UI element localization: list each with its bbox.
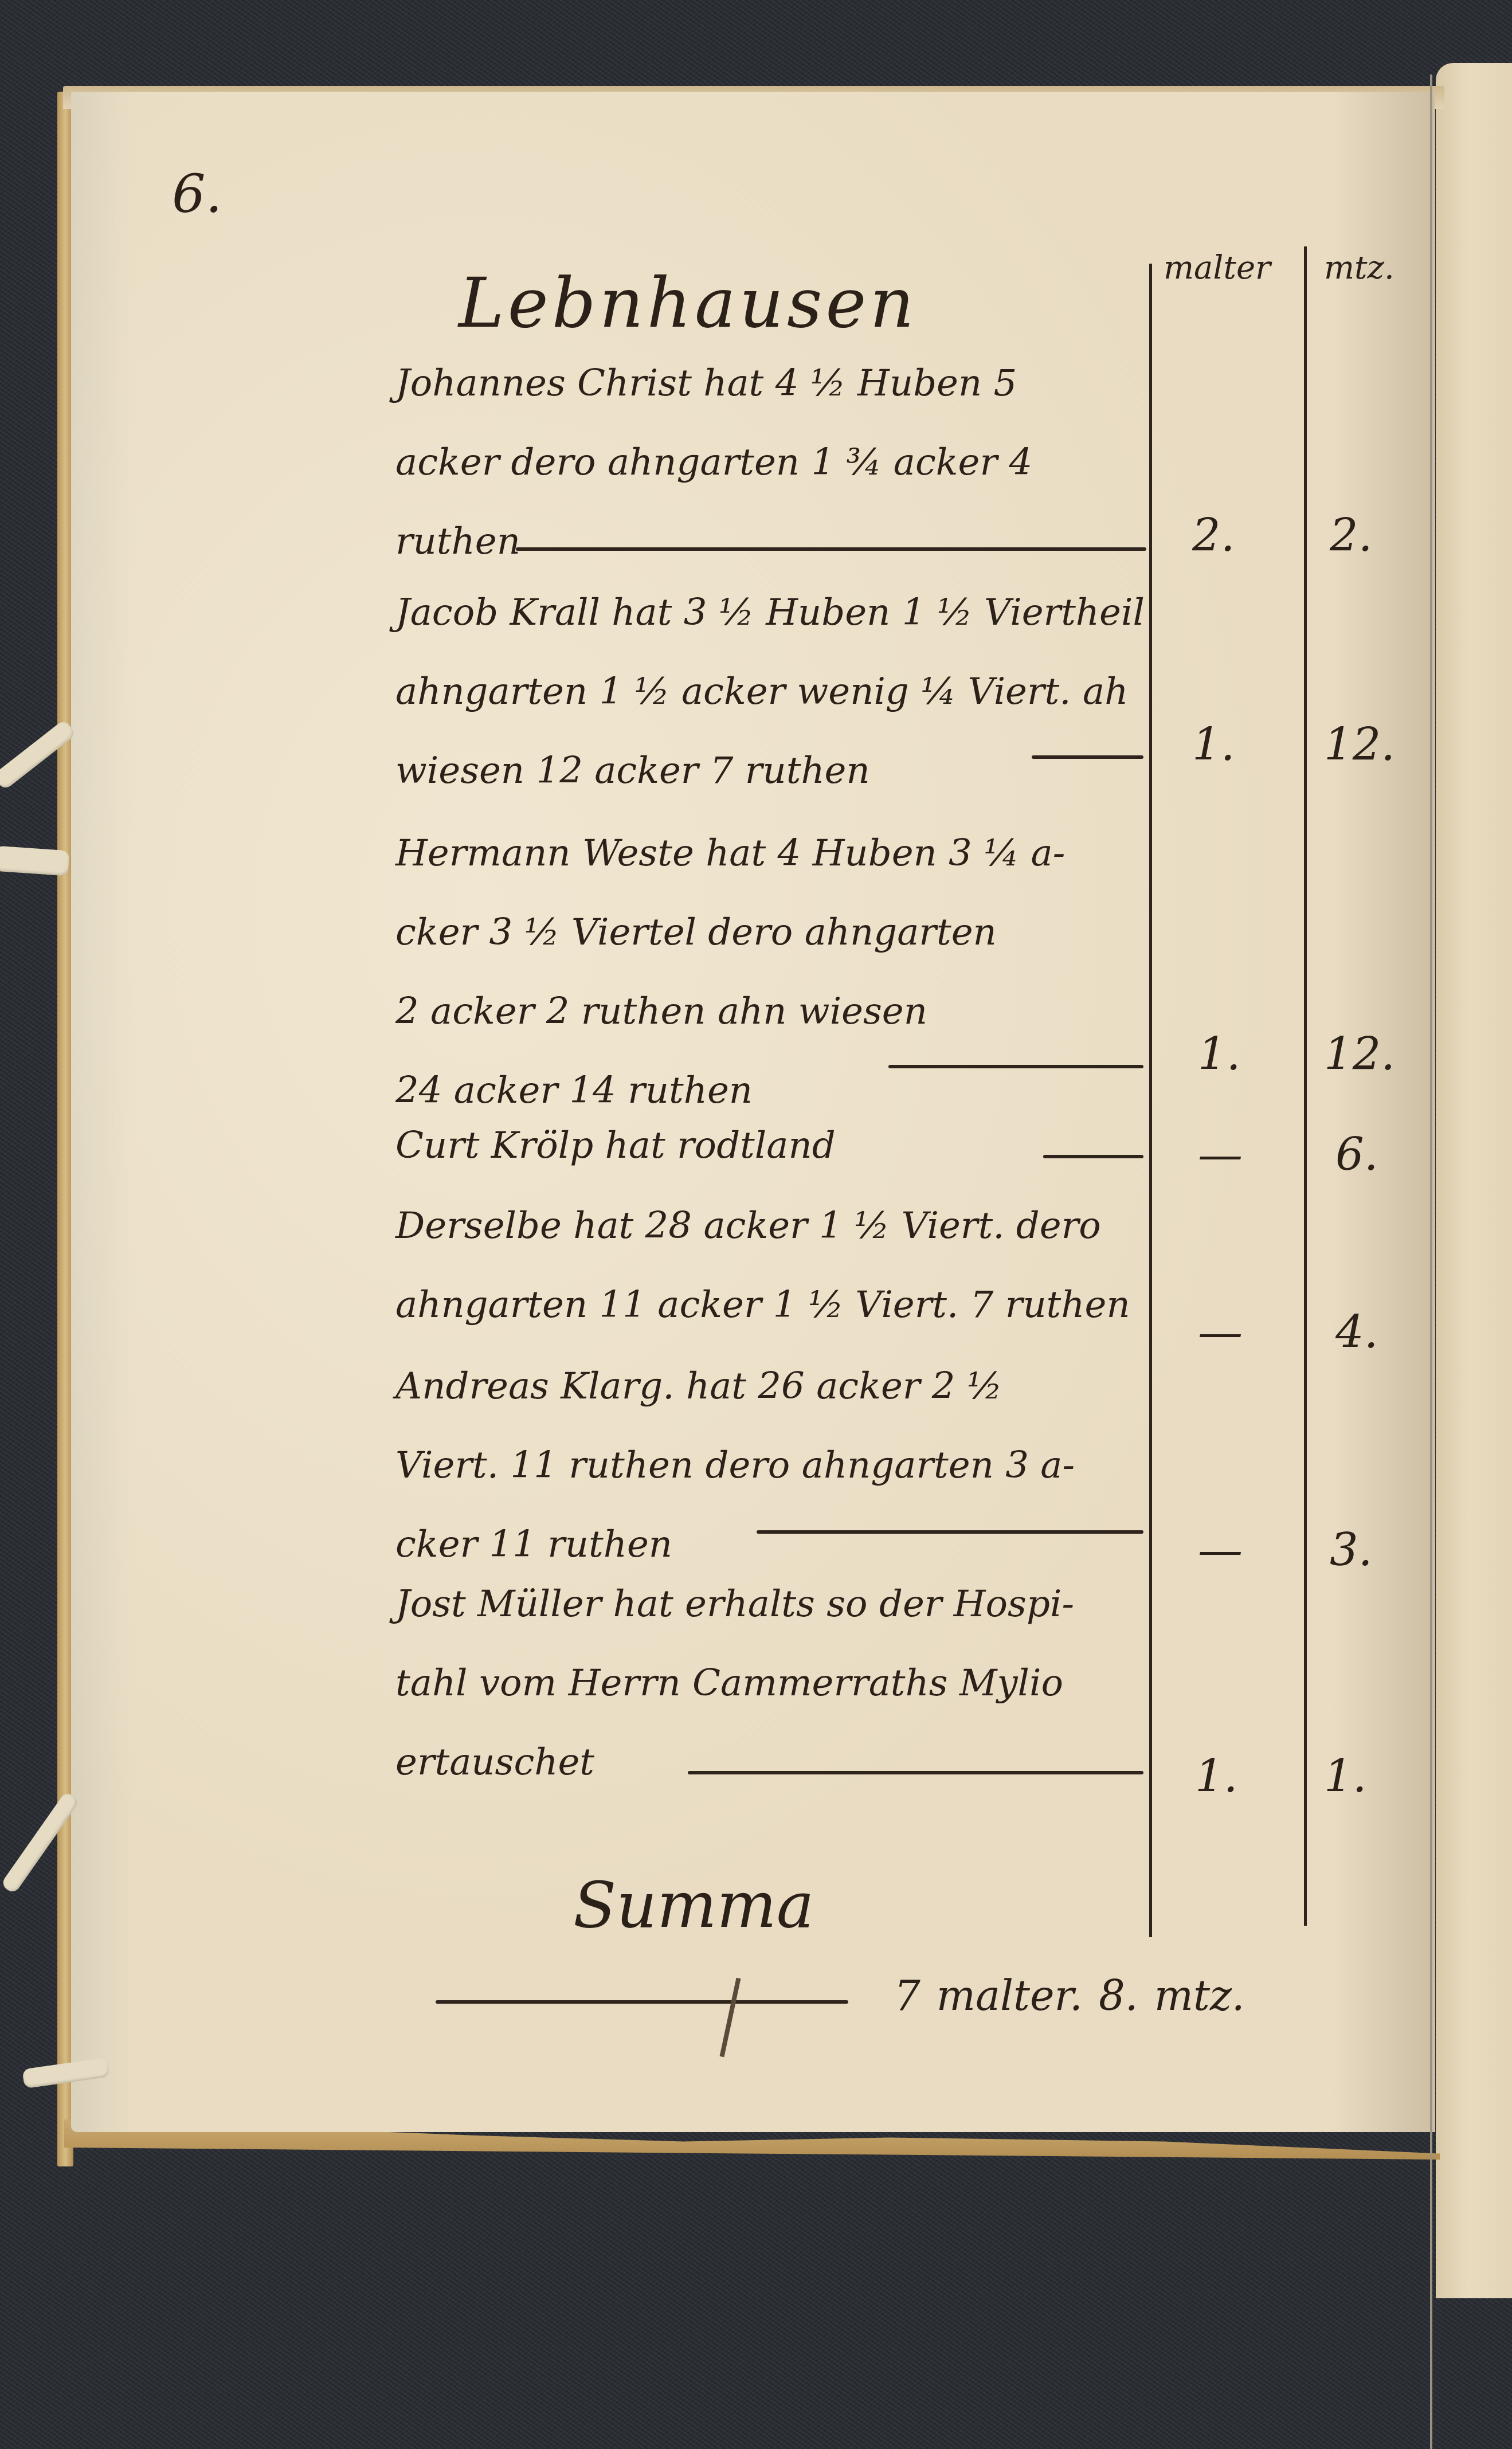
adjacent-page-edge: [1436, 63, 1512, 2298]
entry-text-line: ruthen: [395, 502, 1152, 581]
ledger-entry: Derselbe hat 28 acker 1 ½ Viert. dero ah…: [395, 1186, 1152, 1345]
entry-leader-line: [688, 1771, 1143, 1774]
entry-leader-line: [516, 547, 1146, 551]
book-gutter: [1430, 75, 1432, 2449]
entry-metzen-value: 1.: [1324, 1751, 1366, 1803]
ledger-entry: Hermann Weste hat 4 Huben 3 ¼ a- cker 3 …: [395, 814, 1152, 1130]
summa-malter-value: 7: [894, 1972, 920, 2020]
entry-text-line: Johannes Christ hat 4 ½ Huben 5: [395, 344, 1152, 423]
entry-text-line: Curt Krölp hat rodtland: [395, 1106, 1152, 1185]
entry-metzen-value: 4.: [1335, 1307, 1378, 1358]
entry-metzen-value: 12.: [1324, 1029, 1395, 1080]
entry-malter-value: 2.: [1192, 510, 1235, 562]
column-rule-right: [1304, 246, 1307, 1926]
entry-text-line: ahngarten 11 acker 1 ½ Viert. 7 ruthen: [395, 1265, 1152, 1345]
entry-text-line: Viert. 11 ruthen dero ahngarten 3 a-: [395, 1426, 1152, 1505]
entry-text-line: Hermann Weste hat 4 Huben 3 ¼ a-: [395, 814, 1152, 893]
column-header-metzen: mtz.: [1324, 249, 1395, 287]
entry-metzen-value: 3.: [1330, 1525, 1372, 1576]
entry-leader-line: [757, 1530, 1143, 1534]
summa-total: 7malter.8.mtz.: [894, 1972, 1261, 2020]
entry-malter-value: —: [1198, 1129, 1243, 1181]
entry-leader-line: [1032, 755, 1143, 759]
ledger-entry: Jost Müller hat erhalts so der Hospi- ta…: [395, 1565, 1152, 1802]
entry-leader-line: [1043, 1155, 1143, 1158]
entry-text-line: ertauschet: [395, 1723, 1152, 1802]
page-number: 6.: [172, 163, 222, 225]
entry-text-line: cker 3 ½ Viertel dero ahngarten: [395, 893, 1152, 972]
entry-text-line: tahl vom Herrn Cammerraths Mylio: [395, 1644, 1152, 1723]
entry-malter-value: —: [1198, 1307, 1243, 1358]
entry-metzen-value: 12.: [1324, 719, 1395, 771]
entry-text-line: 2 acker 2 ruthen ahn wiesen: [395, 972, 1152, 1051]
entry-malter-value: 1.: [1198, 1029, 1240, 1080]
column-header-malter: malter: [1164, 249, 1271, 287]
entry-leader-line: [888, 1065, 1143, 1068]
entry-text-line: Jost Müller hat erhalts so der Hospi-: [395, 1565, 1152, 1644]
ledger-entry: Andreas Klarg. hat 26 acker 2 ½ Viert. 1…: [395, 1347, 1152, 1584]
summa-metzen-unit: mtz.: [1154, 1972, 1245, 2020]
entry-malter-value: 1.: [1195, 1751, 1237, 1803]
page-heading: Lebnhausen: [459, 264, 918, 343]
entry-malter-value: —: [1198, 1525, 1243, 1576]
entry-text-line: ahngarten 1 ½ acker wenig ¼ Viert. ah: [395, 652, 1152, 731]
entry-text-line: Andreas Klarg. hat 26 acker 2 ½: [395, 1347, 1152, 1426]
entry-metzen-value: 6.: [1335, 1129, 1378, 1181]
entry-text-line: acker dero ahngarten 1 ¾ acker 4: [395, 423, 1152, 502]
summa-rule: [436, 2000, 848, 2004]
ledger-entry: Curt Krölp hat rodtland: [395, 1106, 1152, 1185]
entry-text-line: Derselbe hat 28 acker 1 ½ Viert. dero: [395, 1186, 1152, 1265]
entry-metzen-value: 2.: [1330, 510, 1372, 562]
entry-text-line: Jacob Krall hat 3 ½ Huben 1 ½ Viertheil: [395, 573, 1152, 652]
entry-text-line: wiesen 12 acker 7 ruthen: [395, 731, 1152, 810]
summa-label: Summa: [573, 1868, 814, 1942]
ledger-entry: Johannes Christ hat 4 ½ Huben 5 acker de…: [395, 344, 1152, 581]
ledger-entry: Jacob Krall hat 3 ½ Huben 1 ½ Viertheil …: [395, 573, 1152, 810]
summa-malter-unit: malter.: [937, 1972, 1083, 2020]
summa-metzen-value: 8.: [1099, 1972, 1138, 2020]
binding-string: [0, 846, 69, 876]
entry-malter-value: 1.: [1192, 719, 1235, 771]
